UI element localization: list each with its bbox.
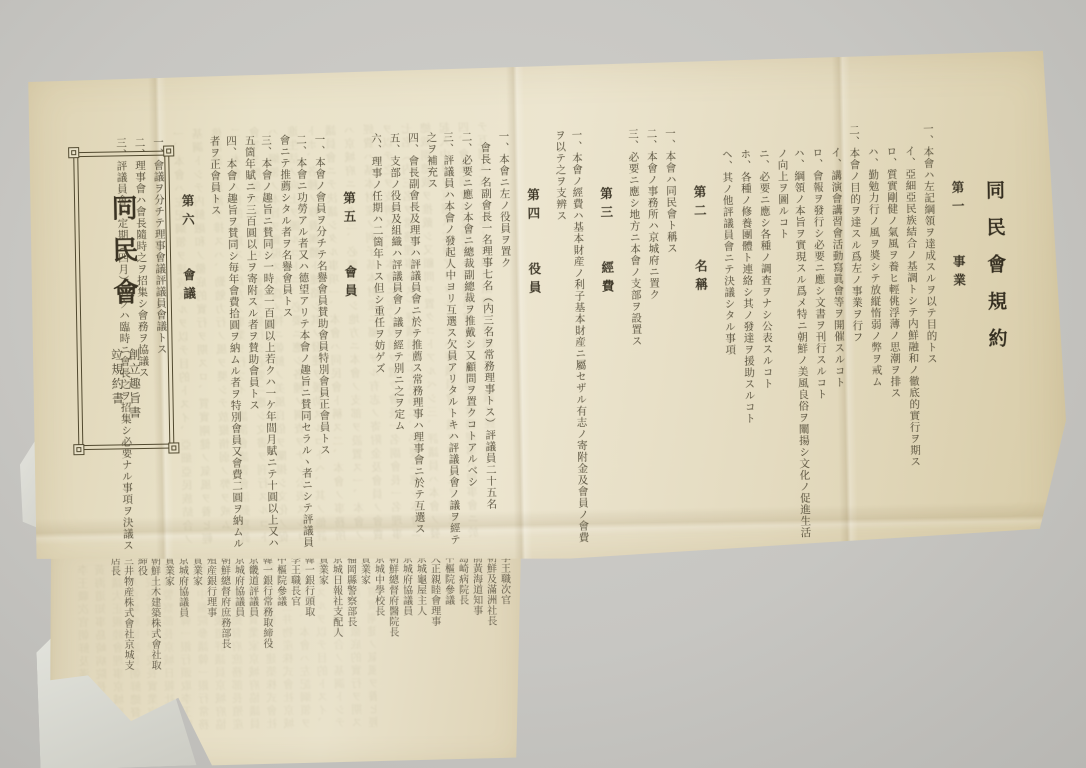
rule-line: 二、本會ニ功勞アル者又ハ德望アリテ本會ノ趣旨ニ賛同セラルヽ者ニシテ評議員會ニテ推… — [276, 134, 316, 557]
rule-line: 三、評議員ハ本會ノ發起人中ヨリ互選ス欠員アリタルトキハ評議員會ノ議ヲ經テ之ヲ補充… — [423, 132, 463, 555]
rule-line: ハ、綱領ノ本旨ヲ實現スル爲メ特ニ朝鮮ノ美風良俗ヲ闡揚シ文化ノ促進生活ノ向上ヲ圖ル… — [773, 125, 813, 548]
founder-title: 京城日報社支配人 — [329, 554, 343, 674]
founder-title: 島崎病院長 — [455, 553, 469, 673]
founder-title: 大正親睦會理事 — [427, 553, 441, 673]
founder-title: 朝鮮總督府醫院長 — [385, 553, 399, 673]
founder-title: 韓一銀行常務取締役 — [259, 554, 273, 674]
corner-ornament — [68, 147, 79, 158]
section-heading: 第二 名稱 — [689, 127, 714, 549]
founder-title: 京城府協議員 — [175, 555, 189, 675]
rule-line: 一、本會ノ經費ハ基本財産ノ利子基本財産ニ屬セザル有志ノ寄附金及會員ノ會費ヲ以テ之… — [551, 129, 591, 552]
founder-title: 朝鮮土木建築株式會社取締役 — [134, 555, 161, 675]
founder-title: 李王職長官 — [287, 554, 301, 674]
founder-title: 實業家 — [161, 555, 175, 675]
rule-line: 四、本會ノ趣旨ヲ賛同シ毎年會費拾圓ヲ納ムル者ヲ特別會員又會費二圓ヲ納ムル者ヲ正會… — [206, 135, 246, 558]
founder-title: 中樞院參議 — [273, 554, 287, 674]
section-heading: 第五 會員 — [338, 133, 363, 555]
founder-title: 京畿道評議員 — [245, 554, 259, 674]
founder-title: 殖産銀行理事 — [203, 554, 217, 674]
founder-title: 福岡縣警察部長 — [343, 554, 357, 674]
founder-title: 實業家 — [357, 553, 371, 673]
section-heading: 第六 會議 — [177, 136, 202, 558]
founder-title: 京城府協議員 — [231, 554, 245, 674]
rules-title: 同民會規約 — [981, 122, 1012, 544]
corner-ornament — [73, 444, 84, 455]
founder-title: 京城中學校長 — [371, 553, 385, 673]
founder-title: 李王職次官 — [497, 552, 511, 672]
section-heading: 第四 役員 — [522, 130, 547, 552]
section-heading: 第一 事業 — [947, 123, 972, 545]
founder-title: 前黃海道知事 — [469, 553, 483, 673]
founder-title: 京城府協議員 — [399, 553, 413, 673]
founder-title: 三井物産株式會社京城支店長 — [107, 555, 134, 675]
founder-title: 實業家 — [315, 554, 329, 674]
rule-line: 三、本會ノ趣旨ニ賛同シ一時金一百圓以上若クハ一ケ年間月賦ニテ十圓以上又ハ五箇年賦… — [241, 135, 281, 558]
main-sheet: 一、本會ハ左記綱領ヲ達成スルヲ以テ目的トスイ、亞細亞民族結合ノ基調トシテ内鮮融和… — [20, 49, 1069, 569]
founder-title: 朝鮮總督府庶務部長 — [217, 554, 231, 674]
photo-background: { "colors": { "background": "#c7c6c2", "… — [0, 0, 1086, 768]
founder-title: 京城龜屋主人 — [413, 553, 427, 673]
founder-title: 實業家 — [189, 555, 203, 675]
founder-title: 韓一銀行頭取 — [301, 554, 315, 674]
founder-title: 朝鮮及滿洲社長 — [483, 553, 497, 673]
rules-text: 同民會規約第一 事業一、本會ハ左記綱領ヲ達成スルヲ以テ目的トスイ、亞細亞民族結合… — [110, 122, 1014, 560]
founder-title: 中樞院參議 — [441, 553, 455, 673]
founders-list: 李王職次官朝鮮及滿洲社長前黃海道知事島崎病院長中樞院參議大正親睦會理事京城龜屋主… — [106, 552, 512, 675]
section-heading: 第三 經費 — [595, 129, 620, 551]
